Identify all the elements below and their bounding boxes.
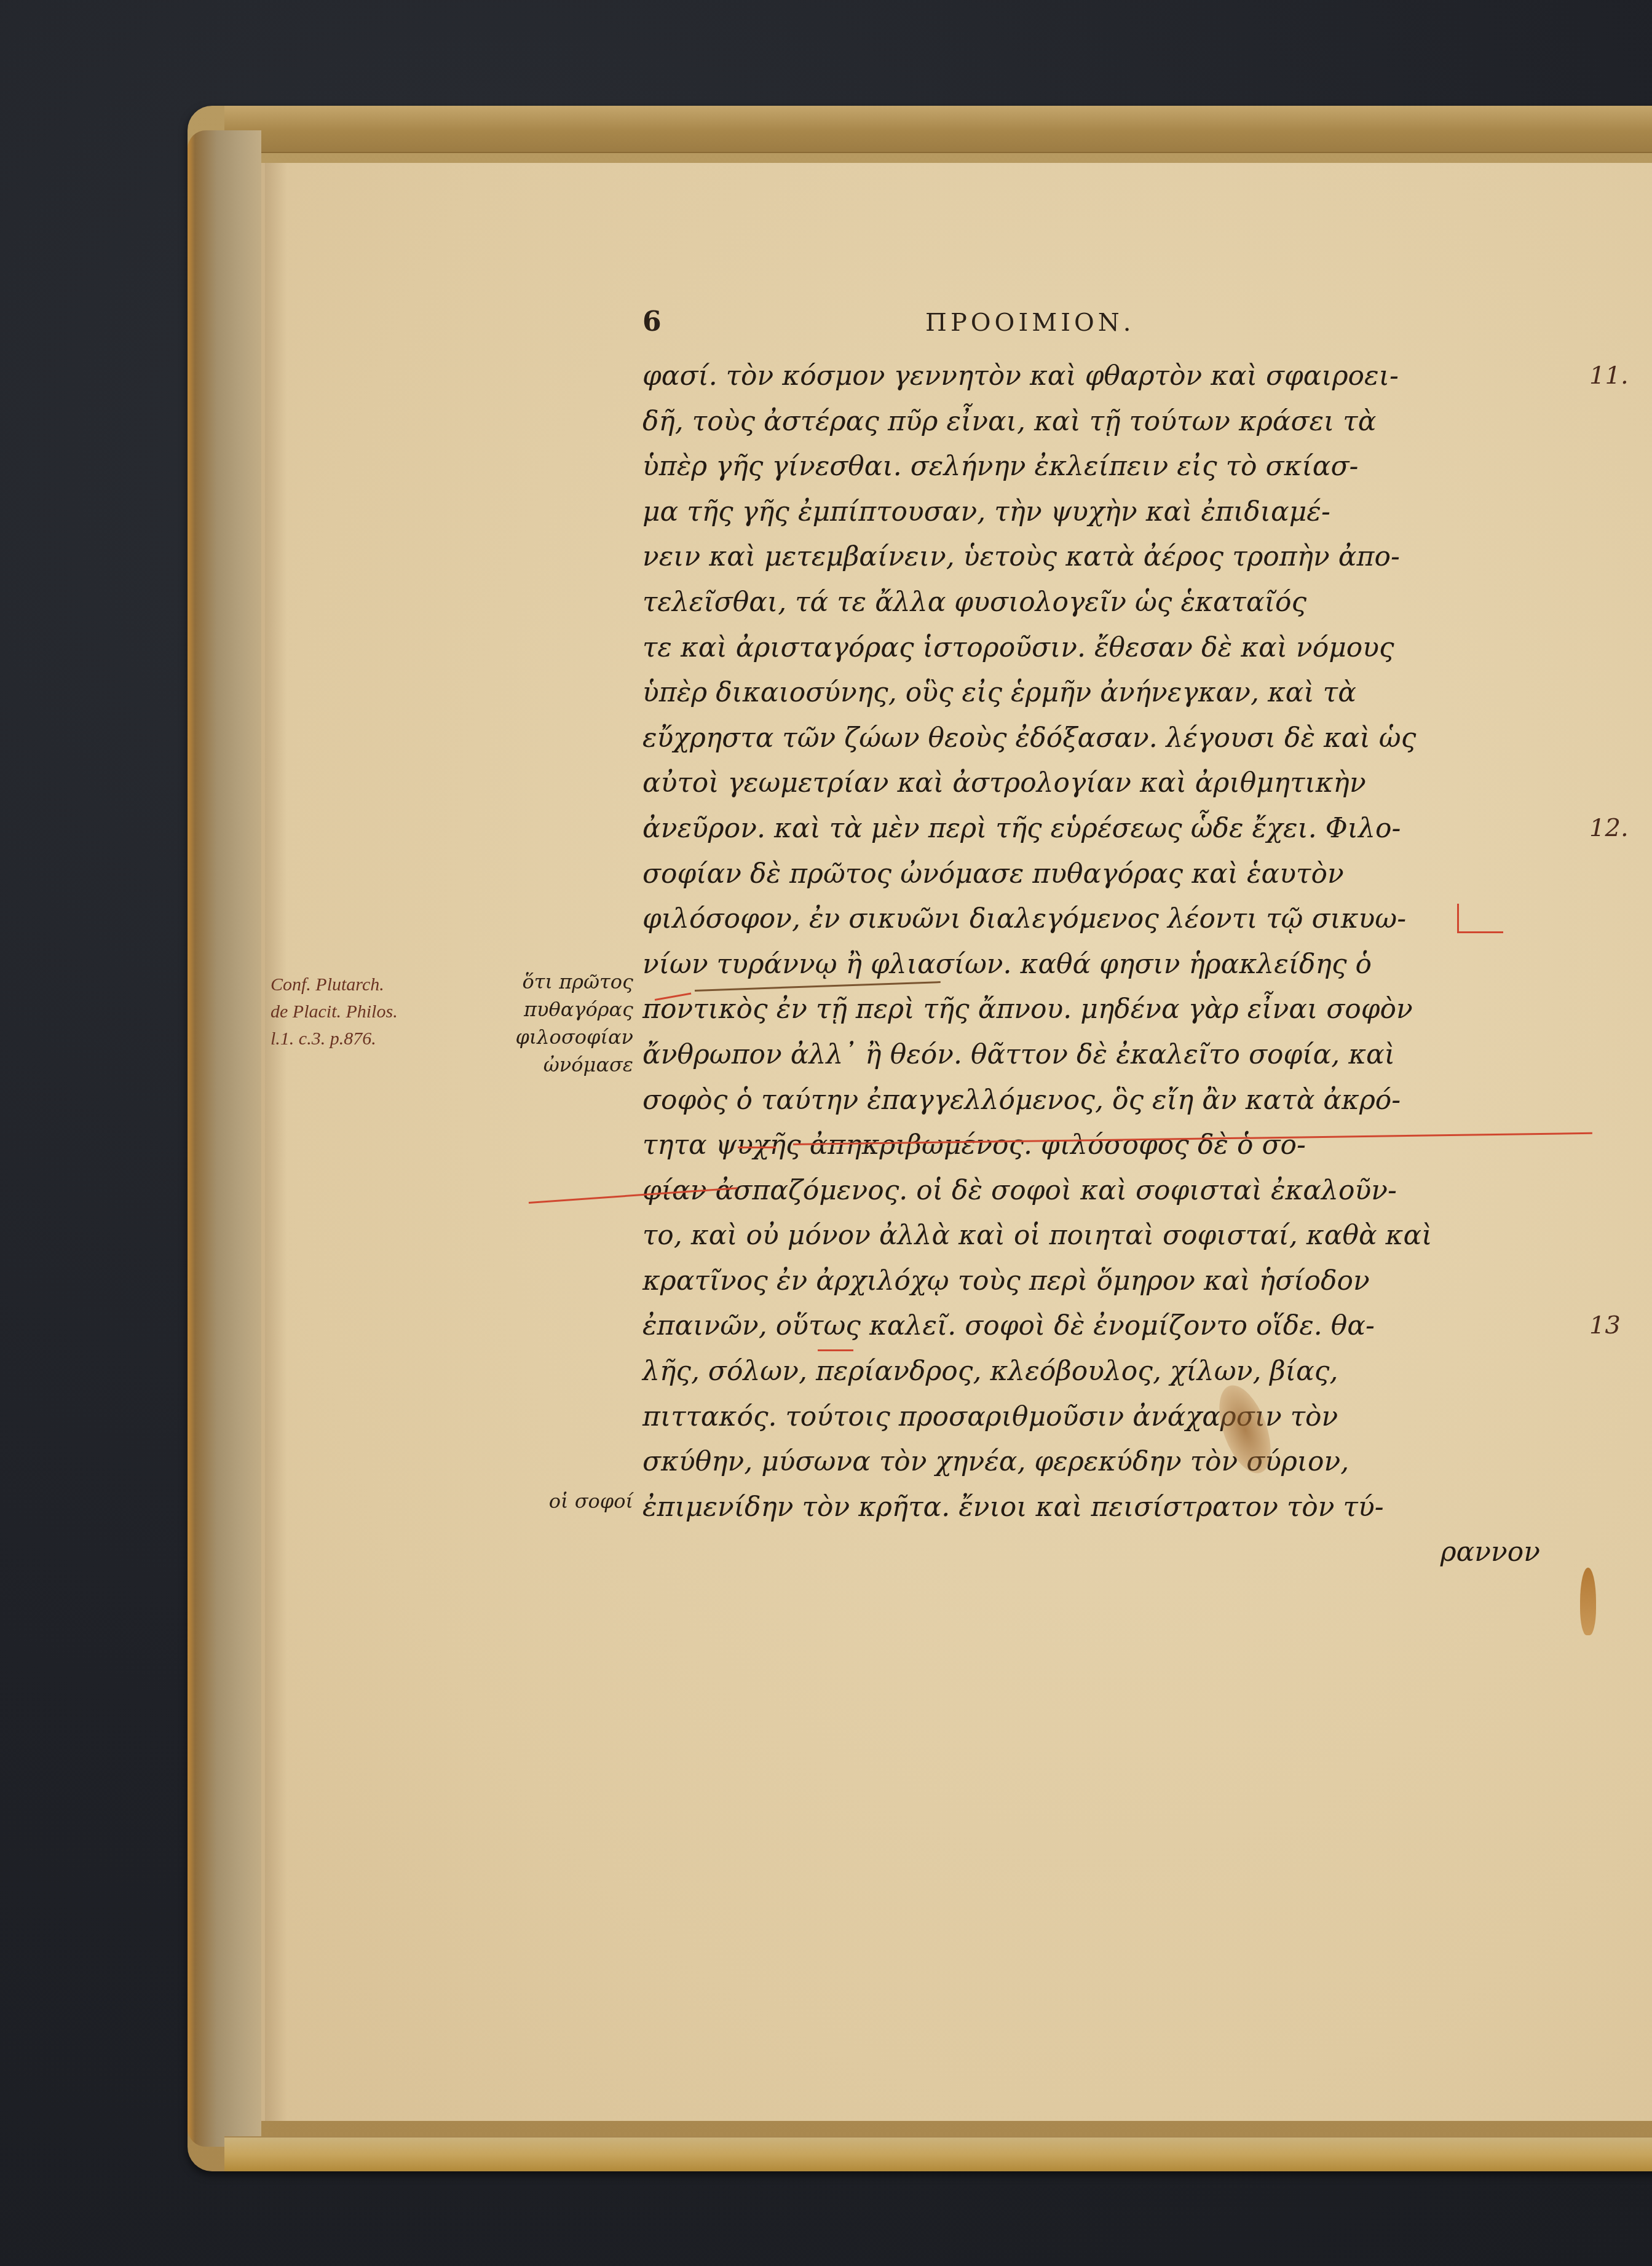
printed-margin-note-sages: οἱ σοφοί bbox=[486, 1488, 633, 1515]
text-line: τητα ψυχῆς ἀπηκριβωμένος. φιλόσοφος δὲ ὁ… bbox=[642, 1123, 1577, 1168]
text-line: αὐτοὶ γεωμετρίαν καὶ ἀστρολογίαν καὶ ἀρι… bbox=[642, 760, 1577, 806]
margin-stain bbox=[1580, 1568, 1596, 1635]
text-line: νίων τυράννῳ ἢ φλιασίων. καθά φησιν ἡρακ… bbox=[642, 942, 1577, 987]
text-line: φασί. τὸν κόσμον γεννητὸν καὶ φθαρτὸν κα… bbox=[642, 353, 1577, 399]
text-line: κρατῖνος ἐν ἀρχιλόχῳ τοὺς περὶ ὅμηρον κα… bbox=[642, 1258, 1577, 1304]
text-line: πιττακός. τούτοις προσαριθμοῦσιν ἀνάχαρσ… bbox=[642, 1394, 1577, 1440]
section-number: 11. bbox=[1589, 353, 1629, 399]
book-bottom-edge bbox=[224, 2136, 1652, 2171]
book-top-edge bbox=[224, 106, 1652, 153]
text-line: ἐπαινῶν, οὕτως καλεῖ. σοφοὶ δὲ ἐνομίζοντ… bbox=[642, 1303, 1577, 1349]
red-underline-apnou bbox=[738, 1147, 776, 1148]
main-text-block: φασί. τὸν κόσμον γεννητὸν καὶ φθαρτὸν κα… bbox=[642, 353, 1577, 1575]
text-line: φίαν ἀσπαζόμενος. οἱ δὲ σοφοὶ καὶ σοφιστ… bbox=[642, 1168, 1577, 1214]
text-line: το, καὶ οὐ μόνον ἀλλὰ καὶ οἱ ποιηταὶ σοφ… bbox=[642, 1213, 1577, 1258]
text-line: τελεῖσθαι, τά τε ἄλλα φυσιολογεῖν ὡς ἑκα… bbox=[642, 580, 1577, 625]
text-line: ὑπὲρ δικαιοσύνης, οὓς εἰς ἑρμῆν ἀνήνεγκα… bbox=[642, 670, 1577, 716]
text-line: ποντικὸς ἐν τῇ περὶ τῆς ἄπνου. μηδένα γὰ… bbox=[642, 987, 1577, 1032]
page-title: ΠΡΟΟΙΜΙΟΝ. bbox=[925, 309, 1134, 337]
text-line: ἐπιμενίδην τὸν κρῆτα. ἔνιοι καὶ πεισίστρ… bbox=[642, 1485, 1577, 1530]
text-line: εὔχρηστα τῶν ζώων θεοὺς ἐδόξασαν. λέγουσ… bbox=[642, 716, 1577, 761]
text-line: λῆς, σόλων, περίανδρος, κλεόβουλος, χίλω… bbox=[642, 1349, 1577, 1394]
text-line: σκύθην, μύσωνα τὸν χηνέα, φερεκύδην τὸν … bbox=[642, 1439, 1577, 1485]
text-line: ἀνεῦρον. καὶ τὰ μὲν περὶ τῆς εὑρέσεως ὧδ… bbox=[642, 806, 1577, 851]
section-number: 13 bbox=[1589, 1303, 1621, 1349]
catchword-line: ραννον bbox=[642, 1530, 1577, 1575]
page-number: 6 bbox=[642, 306, 662, 338]
printed-margin-note-philosophy: ὅτι πρῶτος πυθαγόρας φιλοσοφίαν ὠνόμασε bbox=[486, 968, 633, 1079]
text-line: σοφίαν δὲ πρῶτος ὠνόμασε πυθαγόρας καὶ ἑ… bbox=[642, 851, 1577, 897]
text-line: ὑπὲρ γῆς γίνεσθαι. σελήνην ἐκλείπειν εἰς… bbox=[642, 444, 1577, 489]
red-box-left-philo bbox=[1457, 904, 1459, 932]
book-spine-edge bbox=[188, 130, 261, 2147]
catchword: ραννον bbox=[1441, 1530, 1540, 1575]
text-line: δῆ, τοὺς ἀστέρας πῦρ εἶναι, καὶ τῇ τούτω… bbox=[642, 399, 1577, 444]
text-line: τε καὶ ἀρισταγόρας ἱστοροῦσιν. ἔθεσαν δὲ… bbox=[642, 625, 1577, 671]
text-line: ἄνθρωπον ἀλλ᾽ ἢ θεόν. θᾶττον δὲ ἐκαλεῖτο… bbox=[642, 1032, 1577, 1078]
text-line: μα τῆς γῆς ἐμπίπτουσαν, τὴν ψυχὴν καὶ ἐπ… bbox=[642, 489, 1577, 535]
running-head: 6 ΠΡΟΟΙΜΙΟΝ. bbox=[642, 306, 1503, 343]
gutter-shadow bbox=[265, 163, 287, 2121]
text-line: σοφὸς ὁ ταύτην ἐπαγγελλόμενος, ὃς εἴη ἂν… bbox=[642, 1078, 1577, 1123]
section-number: 12. bbox=[1589, 806, 1629, 851]
red-underline-sophistai bbox=[818, 1349, 853, 1351]
red-box-underline-philo bbox=[1457, 931, 1503, 933]
text-line: φιλόσοφον, ἐν σικυῶνι διαλεγόμενος λέοντ… bbox=[642, 896, 1577, 942]
manuscript-margin-note: Conf. Plutarch. de Placit. Philos. l.1. … bbox=[271, 971, 480, 1052]
text-line: νειν καὶ μετεμβαίνειν, ὑετοὺς κατὰ ἀέρος… bbox=[642, 534, 1577, 580]
